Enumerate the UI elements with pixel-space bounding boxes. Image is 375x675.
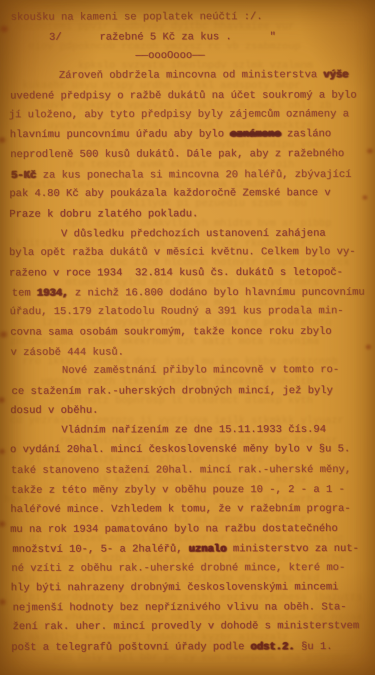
text-line: jí uloženo, aby tyto předpisy byly zájem…	[9, 106, 369, 127]
text-line: 5-Kč za kus ponechala si mincovna 20 hal…	[11, 165, 371, 186]
text-line: nejmenší hodnoty bez nepříznivého vlivu …	[13, 598, 373, 619]
text-line: tem 1934, z nichž 16.800 dodáno bylo hla…	[12, 283, 372, 304]
text-line: né vzíti z oběhu rak.-uherské drobné min…	[11, 559, 371, 580]
text-line: žení rak. uher. mincí provedly v dohodě …	[13, 617, 373, 638]
text-line: 3/ ražebné 5 Kč za kus . "	[11, 28, 371, 49]
text-line: covna sama osobám soukromým, takže konce…	[10, 323, 370, 344]
text-line: Vládním nařízením ze dne 15.11.1933 čís.…	[11, 421, 371, 442]
text-line: ——oooOooo——	[9, 47, 369, 68]
text-line: dosud v oběhu.	[10, 401, 370, 422]
text-line: hlavnímu puncovnímu úřadu aby bylo oznám…	[10, 125, 370, 146]
ink-smudge	[0, 134, 9, 146]
text-line: neprodleně 500 kusů dukátů. Dále pak, ab…	[10, 145, 370, 166]
text-line: takže z této měny zbyly v oběhu pouze 10…	[11, 480, 371, 501]
text-line: v zásobě 444 kusů.	[11, 343, 371, 364]
text-line: byla opět ražba dukátů v měsíci květnu. …	[9, 243, 369, 264]
text-line: Nové zaměstnání přibylo mincovně v tomto…	[11, 361, 371, 382]
typewritten-text: skoušku na kameni se poplatek neúčtí :/.…	[9, 8, 371, 659]
text-line: ce stažením rak.-uherských drobných minc…	[12, 382, 372, 403]
text-line: V důsledku předchozích ustanovení zaháje…	[11, 224, 371, 245]
text-line: skoušku na kameni se poplatek neúčtí :/.	[11, 8, 371, 29]
text-line: množství 10-, 5- a 2haléřů, uznalo minis…	[12, 539, 372, 560]
text-line: raženo v roce 1934 32.814 kusů čs. dukát…	[9, 264, 369, 285]
ink-smudge	[0, 596, 9, 608]
text-line: Praze k dobru zlatého pokladu.	[9, 205, 369, 226]
text-line: haléřové mince. Vzhledem k tomu, že v ra…	[10, 500, 370, 521]
text-line: Zároveň obdržela mincovna od ministerstv…	[8, 66, 368, 87]
text-line: úřadu, 15.179 zlatodolu Roudný a 391 kus…	[10, 302, 370, 323]
text-line: také stanoveno stažení 20hal. mincí rak.…	[11, 461, 371, 482]
ink-smudge	[0, 394, 8, 406]
text-line: pak 4.80 Kč aby poukázala každoročně Zem…	[9, 184, 369, 205]
scanned-document-page: bdzdbtemi ppvir apdbvvay dyitbc hhavkaie…	[0, 0, 375, 675]
ink-smudge	[0, 446, 8, 457]
ink-smudge	[0, 518, 9, 530]
text-line: mu na rok 1934 pamatováno bylo na ražbu …	[10, 520, 370, 541]
text-line: hly býti nahrazeny drobnými českoslovens…	[11, 578, 371, 599]
text-line: o vydání 20hal. mincí československé měn…	[10, 440, 370, 461]
text-line: pošt a telegrafů poštovní úřady podle od…	[11, 638, 371, 659]
text-line: uvedené předpisy o ražbě dukátů na účet …	[10, 86, 370, 107]
